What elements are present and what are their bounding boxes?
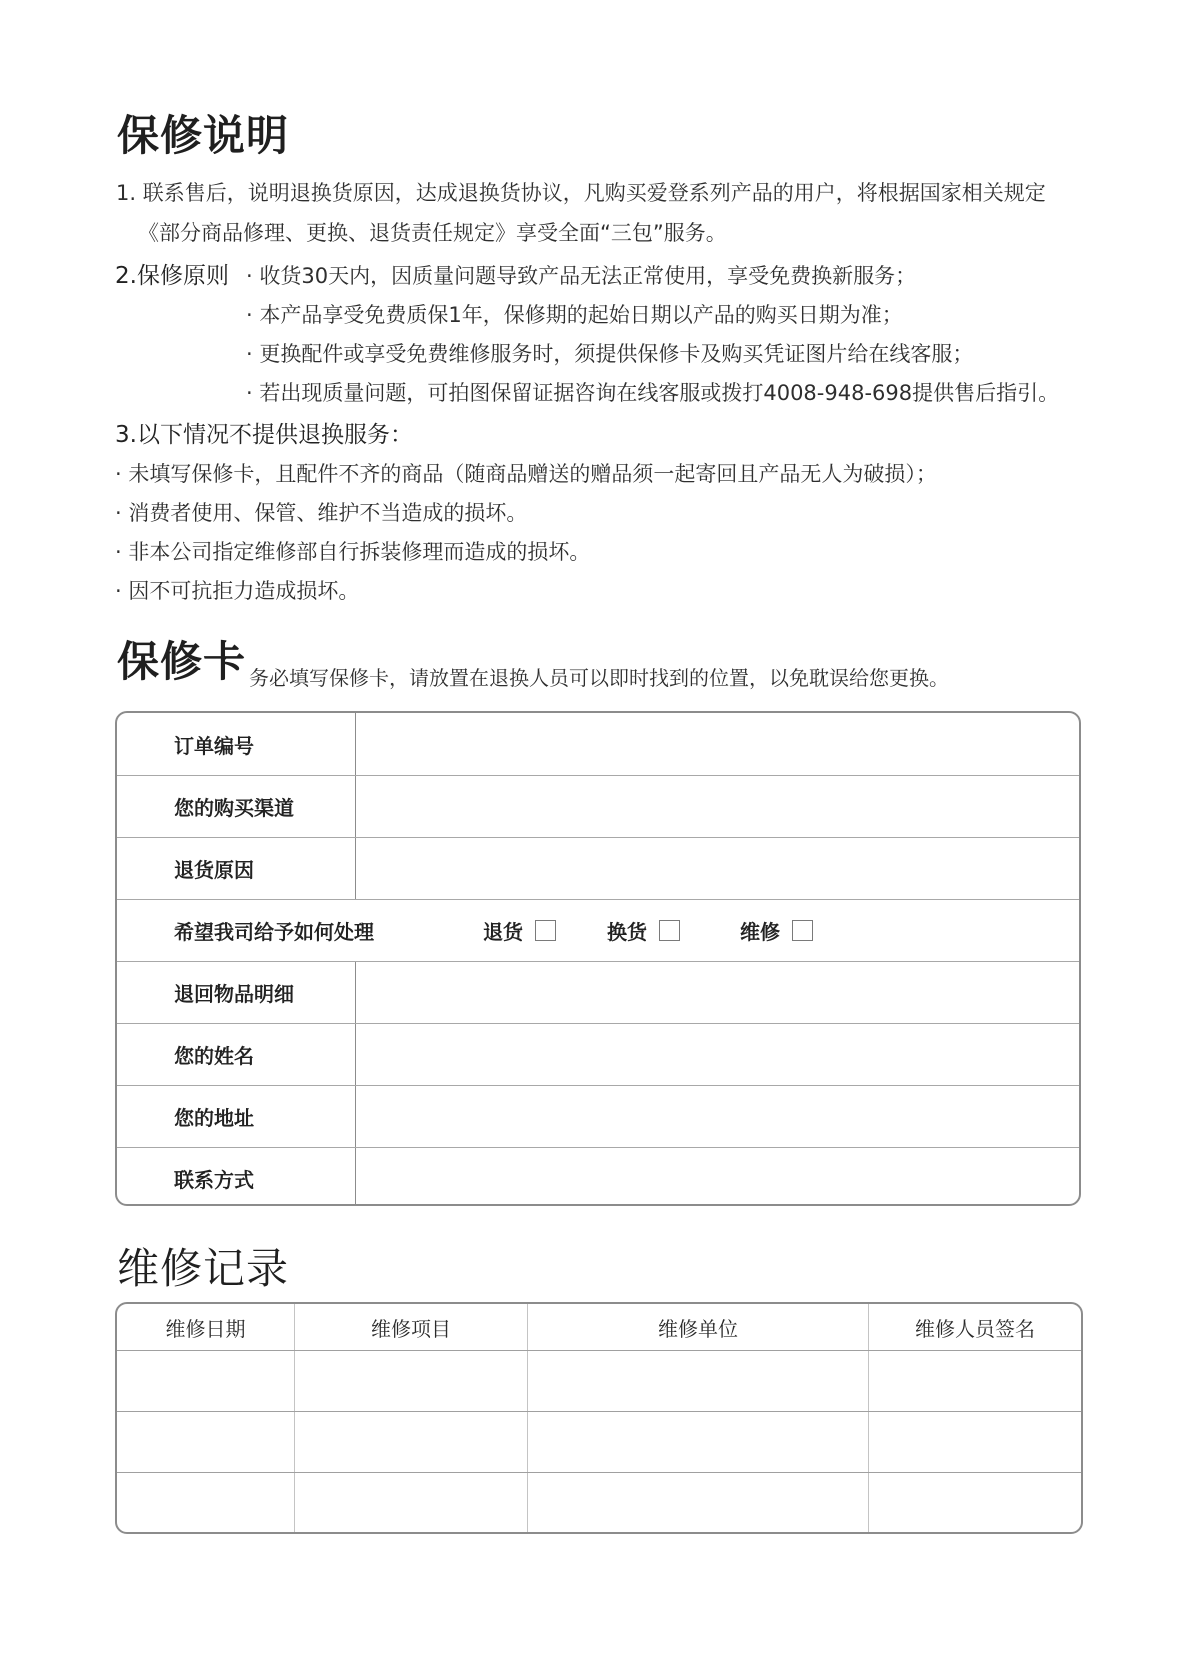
form-row-contact: 联系方式: [117, 1147, 1079, 1206]
item2-bullet: · 若出现质量问题，可拍图保留证据咨询在线客服或拨打4008-948-698提供…: [246, 383, 1059, 404]
return-reason-label: 退货原因: [174, 838, 254, 899]
option-exchange-checkbox[interactable]: [659, 920, 680, 941]
order-number-field[interactable]: [355, 713, 1079, 775]
repair-item-cell[interactable]: [294, 1351, 527, 1411]
repair-signature-cell[interactable]: [868, 1412, 1081, 1472]
option-repair[interactable]: 维修: [740, 900, 813, 961]
repair-unit-cell[interactable]: [527, 1412, 868, 1472]
name-field[interactable]: [355, 1024, 1079, 1085]
table-row: [117, 1350, 1081, 1411]
option-repair-label: 维修: [740, 916, 780, 945]
item3-bullet: · 消费者使用、保管、维护不当造成的损坏。: [115, 503, 527, 524]
repair-record-title: 维修记录: [117, 1248, 289, 1290]
form-row-return-reason: 退货原因: [117, 837, 1079, 899]
repair-item-cell[interactable]: [294, 1412, 527, 1472]
warranty-card-form: 订单编号 您的购买渠道 退货原因 希望我司给予如何处理 退货 换货 维修 退回物…: [115, 711, 1081, 1206]
table-row: [117, 1472, 1081, 1534]
repair-unit-cell[interactable]: [527, 1351, 868, 1411]
column-header-unit: 维修单位: [527, 1304, 868, 1350]
column-header-item: 维修项目: [294, 1304, 527, 1350]
option-return-checkbox[interactable]: [535, 920, 556, 941]
repair-date-cell[interactable]: [117, 1412, 294, 1472]
item2-bullet: · 收货30天内，因质量问题导致产品无法正常使用，享受免费换新服务；: [246, 266, 916, 287]
repair-signature-cell[interactable]: [868, 1473, 1081, 1534]
warranty-card-subtitle: 务必填写保修卡，请放置在退换人员可以即时找到的位置，以免耽误给您更换。: [249, 662, 949, 691]
table-row: [117, 1411, 1081, 1472]
repair-item-cell[interactable]: [294, 1473, 527, 1534]
form-row-handling-preference: 希望我司给予如何处理 退货 换货 维修: [117, 899, 1079, 961]
column-header-signature: 维修人员签名: [868, 1304, 1081, 1350]
item2-label: 2.保修原则: [115, 265, 229, 288]
option-repair-checkbox[interactable]: [792, 920, 813, 941]
item1-line2: 《部分商品修理、更换、退货责任规定》享受全面“三包”服务。: [138, 223, 727, 244]
option-exchange-label: 换货: [607, 916, 647, 945]
item2-bullet: · 更换配件或享受免费维修服务时，须提供保修卡及购买凭证图片给在线客服；: [246, 344, 973, 365]
form-row-order-number: 订单编号: [117, 713, 1079, 775]
item1-line1: 1. 联系售后，说明退换货原因，达成退换货协议，凡购买爱登系列产品的用户，将根据…: [116, 183, 1046, 204]
returned-items-field[interactable]: [355, 962, 1079, 1023]
contact-label: 联系方式: [174, 1148, 254, 1206]
option-exchange[interactable]: 换货: [607, 900, 680, 961]
item3-bullet: · 非本公司指定维修部自行拆装修理而造成的损坏。: [115, 542, 590, 563]
return-reason-field[interactable]: [355, 838, 1079, 899]
instructions-title: 保修说明: [117, 115, 289, 157]
item3-bullet: · 未填写保修卡，且配件不齐的商品（随商品赠送的赠品须一起寄回且产品无人为破损）…: [115, 464, 937, 485]
option-return[interactable]: 退货: [483, 900, 556, 961]
repair-table-header: 维修日期 维修项目 维修单位 维修人员签名: [117, 1304, 1081, 1350]
address-label: 您的地址: [174, 1086, 254, 1147]
item2-bullet: · 本产品享受免费质保1年，保修期的起始日期以产品的购买日期为准；: [246, 305, 903, 326]
form-row-address: 您的地址: [117, 1085, 1079, 1147]
contact-field[interactable]: [355, 1148, 1079, 1206]
repair-record-table: 维修日期 维修项目 维修单位 维修人员签名: [115, 1302, 1083, 1534]
form-row-name: 您的姓名: [117, 1023, 1079, 1085]
purchase-channel-label: 您的购买渠道: [174, 776, 294, 837]
address-field[interactable]: [355, 1086, 1079, 1147]
item3-label: 3.以下情况不提供退换服务：: [115, 424, 413, 447]
purchase-channel-field[interactable]: [355, 776, 1079, 837]
warranty-card-title: 保修卡: [117, 641, 246, 683]
repair-date-cell[interactable]: [117, 1473, 294, 1534]
option-return-label: 退货: [483, 916, 523, 945]
form-row-purchase-channel: 您的购买渠道: [117, 775, 1079, 837]
repair-date-cell[interactable]: [117, 1351, 294, 1411]
handling-preference-label: 希望我司给予如何处理: [174, 900, 374, 961]
returned-items-label: 退回物品明细: [174, 962, 294, 1023]
name-label: 您的姓名: [174, 1024, 254, 1085]
repair-unit-cell[interactable]: [527, 1473, 868, 1534]
order-number-label: 订单编号: [174, 713, 254, 775]
form-row-returned-items: 退回物品明细: [117, 961, 1079, 1023]
item3-bullet: · 因不可抗拒力造成损坏。: [115, 581, 359, 602]
column-header-date: 维修日期: [117, 1304, 294, 1350]
repair-signature-cell[interactable]: [868, 1351, 1081, 1411]
